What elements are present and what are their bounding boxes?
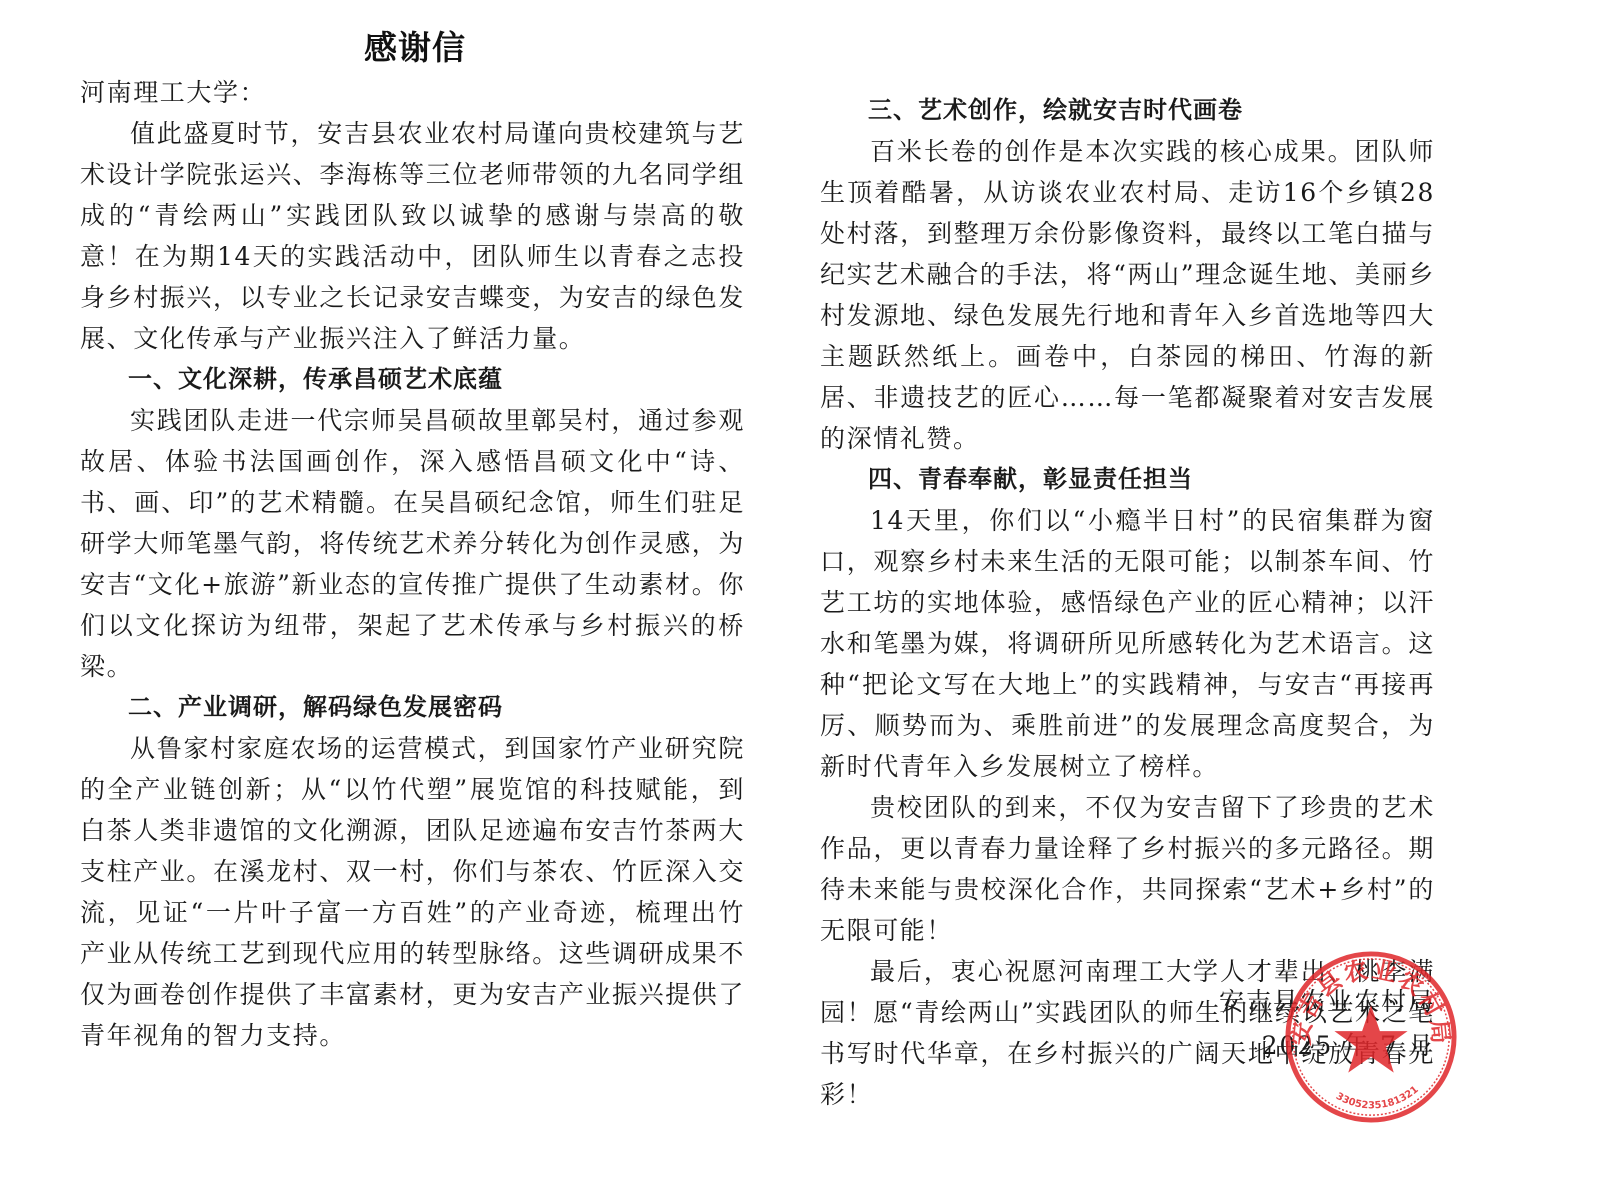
paragraph-intro: 值此盛夏时节，安吉县农业农村局谨向贵校建筑与艺术设计学院张运兴、李海栋等三位老师… <box>80 113 745 359</box>
svg-text:3305235181321: 3305235181321 <box>1334 1084 1421 1111</box>
salutation: 河南理工大学： <box>80 72 745 113</box>
paragraph-section-2: 从鲁家村家庭农场的运营模式，到国家竹产业研究院的全产业链创新；从“以竹代塑”展览… <box>80 728 745 1056</box>
left-column: 河南理工大学： 值此盛夏时节，安吉县农业农村局谨向贵校建筑与艺术设计学院张运兴、… <box>80 72 745 1056</box>
section-heading-3: 三、艺术创作，绘就安吉时代画卷 <box>820 90 1435 131</box>
letter-title: 感谢信 <box>300 22 530 69</box>
section-heading-4: 四、青春奉献，彰显责任担当 <box>820 459 1435 500</box>
paragraph-closing-1: 贵校团队的到来，不仅为安吉留下了珍贵的艺术作品，更以青春力量诠释了乡村振兴的多元… <box>820 787 1435 951</box>
stamp-code: 3305235181321 <box>1334 1084 1421 1111</box>
section-heading-2: 二、产业调研，解码绿色发展密码 <box>80 687 745 728</box>
star-icon <box>1334 1005 1407 1072</box>
section-heading-1: 一、文化深耕，传承昌硕艺术底蕴 <box>80 359 745 400</box>
paragraph-section-4: 14天里，你们以“小瘾半日村”的民宿集群为窗口，观察乡村未来生活的无限可能；以制… <box>820 500 1435 787</box>
paragraph-section-1: 实践团队走进一代宗师吴昌硕故里鄣吴村，通过参观故居、体验书法国画创作，深入感悟昌… <box>80 400 745 687</box>
paragraph-section-3: 百米长卷的创作是本次实践的核心成果。团队师生顶着酷暑，从访谈农业农村局、走访16… <box>820 131 1435 459</box>
official-seal-stamp: 安吉县农业农村局 3305235181321 <box>1282 948 1460 1126</box>
